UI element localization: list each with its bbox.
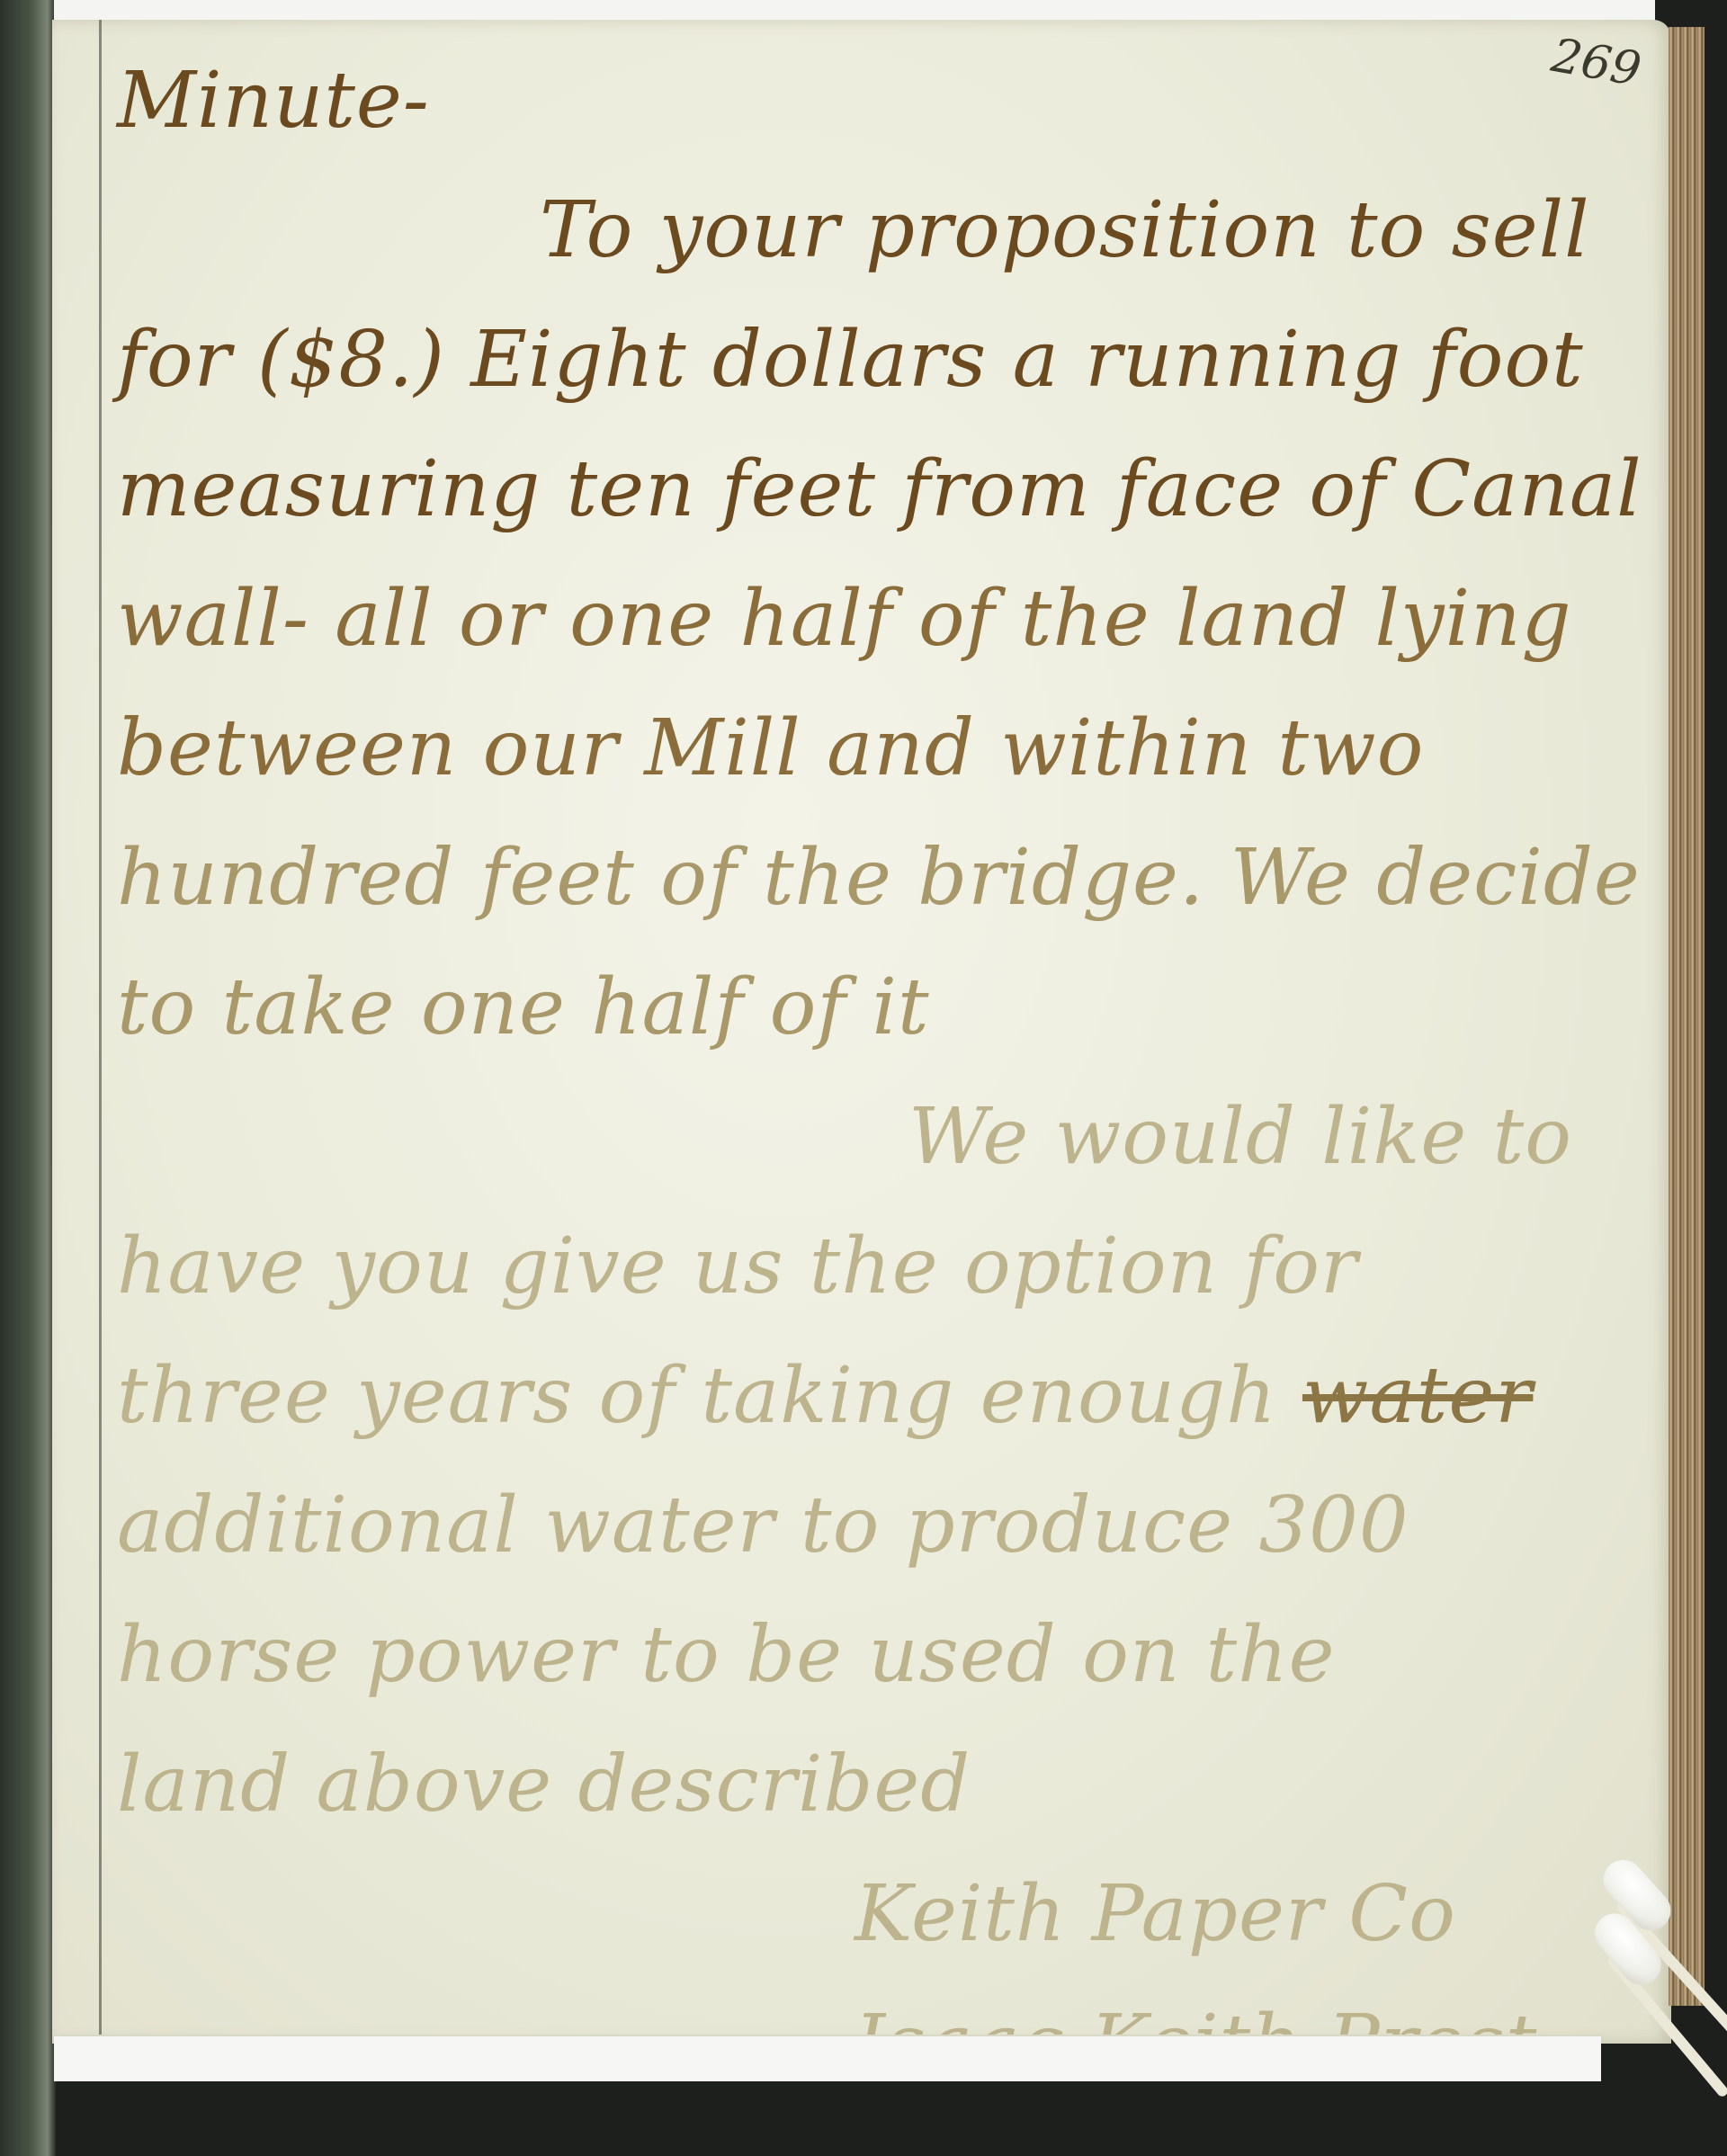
struck-word: water bbox=[1302, 1351, 1533, 1441]
text-line: To your proposition to sell bbox=[117, 166, 1646, 295]
signature-company: Keith Paper Co bbox=[117, 1849, 1646, 1979]
text-line: for ($8.) Eight dollars a running foot bbox=[117, 295, 1646, 425]
text-line: have you give us the option for bbox=[117, 1202, 1646, 1331]
text-line: land above described bbox=[117, 1720, 1646, 1849]
text-line: three years of taking enough bbox=[117, 1351, 1277, 1441]
text-line: wall- all or one half of the land lying bbox=[117, 554, 1646, 684]
text-line: We would like to bbox=[117, 1072, 1646, 1202]
book-cover-left bbox=[0, 0, 56, 2156]
text-line: additional water to produce 300 bbox=[117, 1461, 1646, 1590]
handwritten-minute: Minute- To your proposition to sell for … bbox=[117, 36, 1646, 2108]
text-line: to take one half of it bbox=[117, 943, 1646, 1072]
text-line: between our Mill and within two bbox=[117, 684, 1646, 813]
page-edges bbox=[1669, 27, 1705, 2006]
minute-heading: Minute- bbox=[117, 36, 1646, 166]
text-line: horse power to be used on the bbox=[117, 1590, 1646, 1720]
bottom-paper-strip bbox=[54, 2035, 1601, 2081]
gutter-line bbox=[99, 20, 102, 2044]
text-line-with-correction: three years of taking enough water bbox=[117, 1331, 1646, 1461]
text-line: hundred feet of the bridge. We decide bbox=[117, 813, 1646, 943]
text-line: measuring ten feet from face of Canal bbox=[117, 425, 1646, 554]
